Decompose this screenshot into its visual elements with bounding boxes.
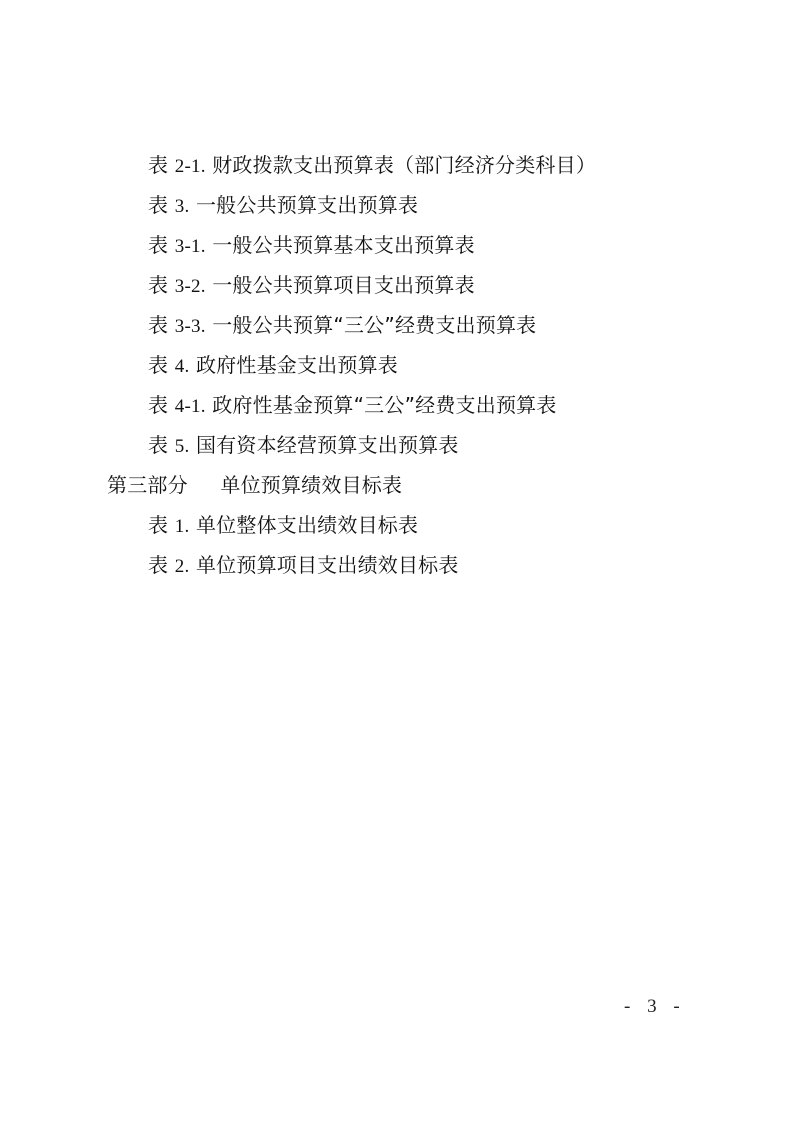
toc-entry-title: 单位预算项目支出绩效目标表 (196, 545, 459, 585)
toc-entry-table-5[interactable]: 表 5. 国有资本经营预算支出预算表 (148, 425, 459, 465)
toc-entry-prefix: 表 (148, 265, 168, 305)
toc-entry-table-1[interactable]: 表 1. 单位整体支出绩效目标表 (148, 505, 418, 545)
toc-entry-number: 3-2. (175, 276, 206, 297)
toc-entry-table-2-1[interactable]: 表 2-1. 财政拨款支出预算表（部门经济分类科目） (148, 145, 596, 185)
toc-entry-title: 政府性基金预算“三公”经费支出预算表 (212, 385, 556, 425)
toc-entry-prefix: 表 (148, 305, 168, 345)
toc-entry-title: 政府性基金支出预算表 (196, 345, 398, 385)
toc-entry-title: 单位整体支出绩效目标表 (196, 505, 418, 545)
toc-entry-part-three[interactable]: 第三部分 单位预算绩效目标表 (107, 465, 402, 505)
toc-entry-table-3-1[interactable]: 表 3-1. 一般公共预算基本支出预算表 (148, 225, 475, 265)
toc-entry-prefix: 表 (148, 185, 168, 225)
toc-part-title: 单位预算绩效目标表 (220, 465, 402, 505)
toc-entry-number: 3-1. (175, 236, 206, 257)
toc-entry-prefix: 表 (148, 545, 168, 585)
toc-entry-table-4[interactable]: 表 4. 政府性基金支出预算表 (148, 345, 398, 385)
toc-entry-number: 1. (175, 516, 190, 537)
toc-entry-number: 4-1. (175, 396, 206, 417)
toc-entry-prefix: 表 (148, 425, 168, 465)
toc-entry-title: 一般公共预算基本支出预算表 (212, 225, 475, 265)
toc-entry-table-4-1[interactable]: 表 4-1. 政府性基金预算“三公”经费支出预算表 (148, 385, 557, 425)
toc-entry-title: 财政拨款支出预算表（部门经济分类科目） (212, 145, 596, 185)
toc-entry-table-3-3[interactable]: 表 3-3. 一般公共预算“三公”经费支出预算表 (148, 305, 536, 345)
toc-part-label: 第三部分 (107, 465, 188, 505)
toc-entry-title: 国有资本经营预算支出预算表 (196, 425, 459, 465)
toc-entry-number: 4. (175, 356, 190, 377)
toc-entry-number: 3. (175, 196, 190, 217)
toc-entry-number: 3-3. (175, 316, 206, 337)
toc-entry-prefix: 表 (148, 385, 168, 425)
toc-entry-table-3[interactable]: 表 3. 一般公共预算支出预算表 (148, 185, 418, 225)
toc-entry-number: 2. (175, 556, 190, 577)
toc-entry-title: 一般公共预算项目支出预算表 (212, 265, 475, 305)
toc-entry-prefix: 表 (148, 505, 168, 545)
toc-entry-prefix: 表 (148, 145, 168, 185)
toc-entry-table-3-2[interactable]: 表 3-2. 一般公共预算项目支出预算表 (148, 265, 475, 305)
toc-entry-title: 一般公共预算“三公”经费支出预算表 (212, 305, 536, 345)
toc-entry-prefix: 表 (148, 345, 168, 385)
toc-entry-number: 5. (175, 436, 190, 457)
toc-entry-table-2[interactable]: 表 2. 单位预算项目支出绩效目标表 (148, 545, 459, 585)
toc-entry-prefix: 表 (148, 225, 168, 265)
toc-entry-number: 2-1. (175, 156, 206, 177)
page-number: - 3 - (624, 996, 686, 1018)
toc-entry-title: 一般公共预算支出预算表 (196, 185, 418, 225)
